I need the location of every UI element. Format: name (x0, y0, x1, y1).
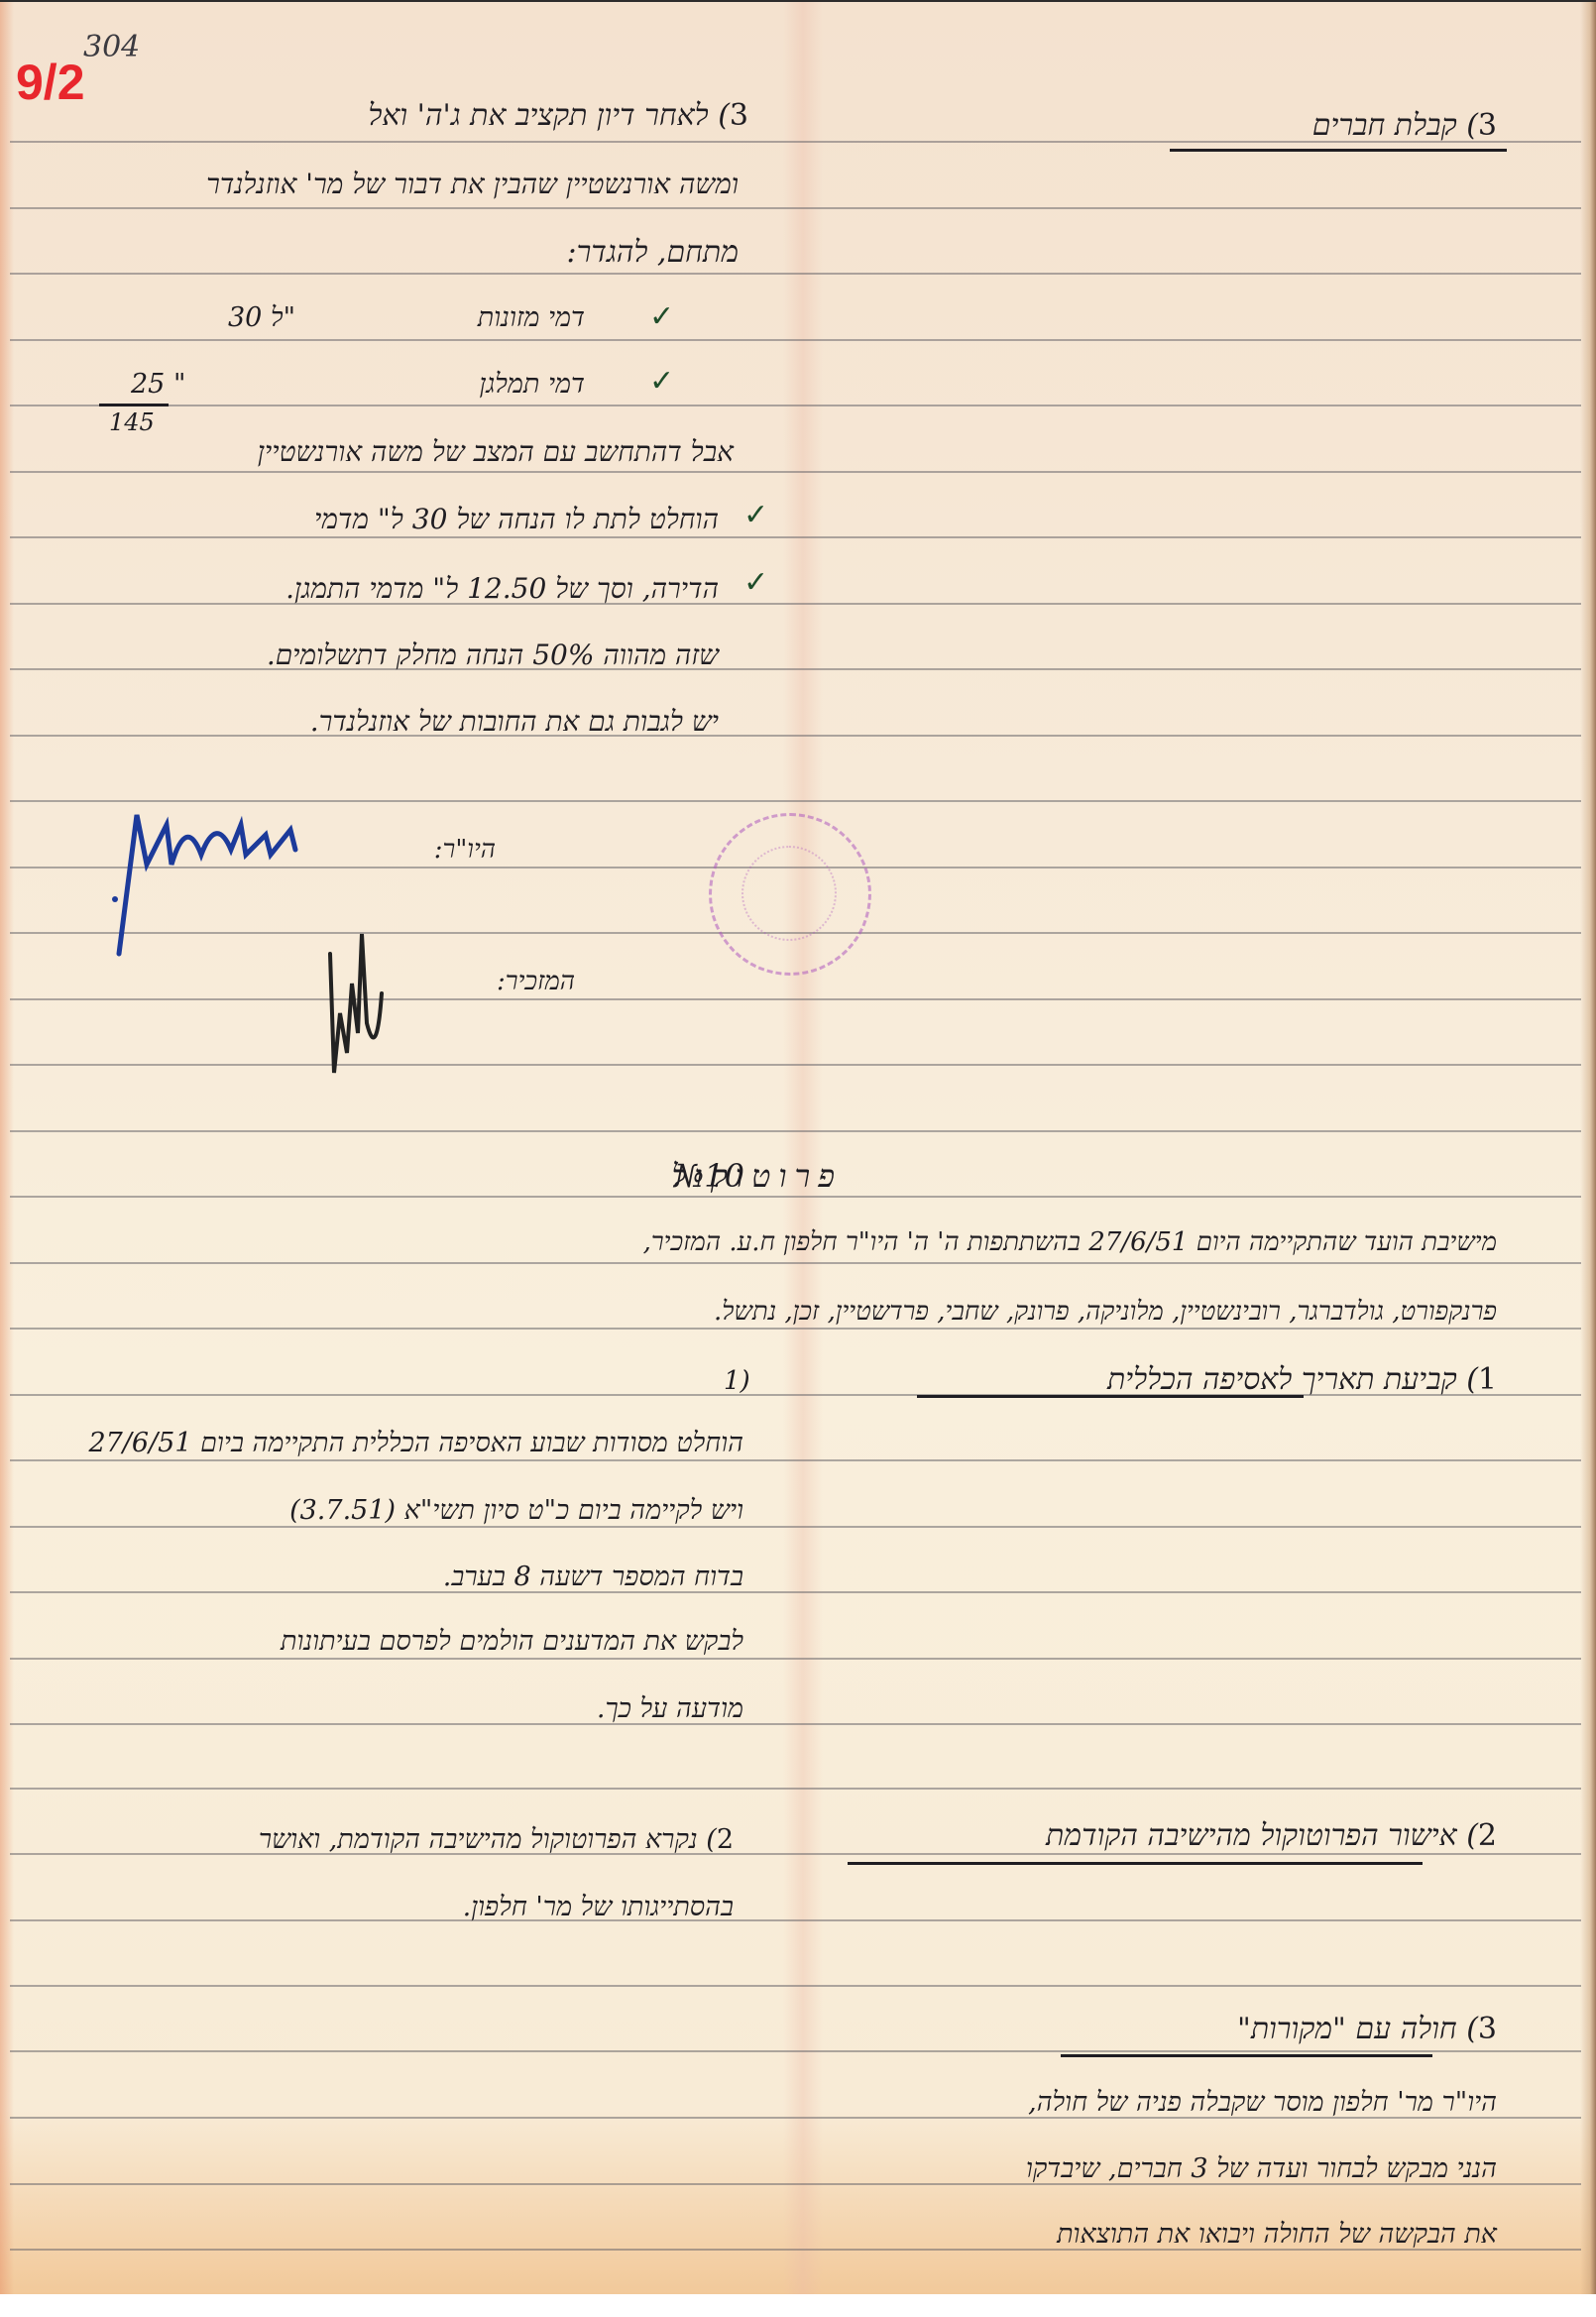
item2-left-line: 2) נקרא הפרוטוקול מהישיבה הקודמת, ואושר (259, 1826, 734, 1853)
item2-left-line: בהסתייגותו של מר' חלפון. (463, 1894, 734, 1920)
item1-heading: 1) קביעת תאריך לאסיפה הכללית (1107, 1365, 1497, 1395)
ruled-line (10, 668, 1581, 670)
left-item3-line2: ומשה אורנשטיין שהבין את דבור של מר' אוזנ… (206, 171, 739, 198)
protocol-number: №10 (674, 1160, 744, 1192)
ruled-line (10, 1723, 1581, 1725)
secretary-label: המזכיר: (497, 969, 575, 994)
heading-underline (1170, 149, 1507, 152)
ruled-line (10, 207, 1581, 209)
heading-underline (848, 1862, 1423, 1865)
paragraph-line: הוחלט לתת לו הנחה של 30 ל" מדמי (314, 506, 719, 533)
ruled-line (10, 405, 1581, 406)
ruled-line (10, 603, 1581, 605)
ruled-line (10, 536, 1581, 538)
paragraph-line: שזה מהווה 50% הנחה מחלק דתשלומים. (267, 641, 719, 669)
item1-line: בדוח המספר דשעה 8 בערב. (443, 1564, 743, 1590)
item3-line: את הבקשה של החולה ויבואו את התוצאות (1057, 2221, 1497, 2248)
chair-label: היו"ר: (434, 837, 496, 863)
checkmark-icon: ✓ (743, 565, 768, 600)
ruled-line (10, 1788, 1581, 1790)
left-item3-line1: 3) לאחר דיון תקציב את ג'ה' ואל (368, 101, 748, 131)
ruled-line (10, 735, 1581, 737)
item3-heading: 3) חולה עם "מקורות" (1237, 2015, 1497, 2044)
paragraph-line: יש לגבות גם את החובות של אוזנלנדר. (310, 708, 719, 736)
ruled-line (10, 1196, 1581, 1198)
page-fold-crease (783, 2, 823, 2294)
paragraph-line: הדירה, וסך של 12.50 ל" מדמי התמגן. (285, 575, 719, 603)
ruled-line (10, 1919, 1581, 1921)
total-sum: 145 (109, 408, 155, 436)
item1-line: הוחלט מסודות שבוע האסיפה הכללית התקיימה … (88, 1430, 743, 1456)
ruled-line (10, 1853, 1581, 1855)
ruled-line (10, 1658, 1581, 1660)
secretary-signature (322, 924, 421, 1083)
stamp-seal (709, 813, 871, 976)
ruled-line (10, 1985, 1581, 1987)
item1-marker: 1) (724, 1368, 750, 1394)
list-item-amount: 25 " (131, 371, 185, 398)
item3-line: הנני מבקש לבחור ועדה של 3 חברים, שיבדקו (1026, 2155, 1497, 2182)
archive-number: 304 (83, 30, 140, 64)
left-item3-line3: מתחם, להגדר: (567, 238, 739, 268)
ruled-line (10, 1591, 1581, 1593)
ruled-line (10, 471, 1581, 473)
ruled-line (10, 1064, 1581, 1066)
ruled-line (10, 1459, 1581, 1461)
item3-line: היו"ר מר' חלפון מוסר שקבלה פניה של חולה, (1028, 2089, 1497, 2116)
stamp-inner-ring (741, 846, 837, 941)
list-item-amount: 30 ל" (228, 304, 295, 331)
present-line: פרנקפורט, גולדברגר, רובינשטיין, מלוניקה,… (714, 1299, 1497, 1325)
checkmark-icon: ✓ (743, 498, 768, 532)
heading-underline (1061, 2054, 1432, 2057)
list-item-label: דמי תמלגן (480, 371, 586, 398)
list-item-label: דמי מזונות (478, 304, 585, 331)
checkmark-icon: ✓ (649, 364, 674, 399)
scanned-page: 9/2 304 3) לאחר דיון תקציב את ג'ה' ואל ו… (0, 0, 1596, 2294)
ruled-line (10, 1328, 1581, 1330)
section-number: 3 (730, 98, 748, 133)
ruled-line (10, 1526, 1581, 1528)
item1-line: מודעה על כך. (597, 1695, 743, 1722)
page-label: 9/2 (16, 54, 85, 111)
present-line: מישיבת הועד שהתקיימה היום 27/6/51 בהשתתפ… (643, 1229, 1497, 1255)
ruled-line (10, 1130, 1581, 1132)
checkmark-icon: ✓ (649, 299, 674, 334)
item1-line: ויש לקיימה ביום כ"ט סיון תשי"א (3.7.51) (289, 1497, 743, 1524)
item2-heading: 2) אישור הפרוטוקול מהישיבה הקודמת (1046, 1821, 1497, 1851)
sum-line (99, 404, 169, 406)
chair-signature (107, 795, 335, 964)
ruled-line (10, 998, 1581, 1000)
ruled-line (10, 2050, 1581, 2052)
right-heading: 3) קבלת חברים (1312, 111, 1497, 141)
ruled-line (10, 339, 1581, 341)
ruled-line (10, 273, 1581, 275)
paragraph-line: אבל דהתחשב עם המצב של משה אורנשטיין (258, 438, 734, 466)
heading-underline (917, 1395, 1304, 1398)
item1-line: לבקש את המדענים הולמים לפרסם בעיתונות (281, 1628, 743, 1655)
ruled-line (10, 1262, 1581, 1264)
